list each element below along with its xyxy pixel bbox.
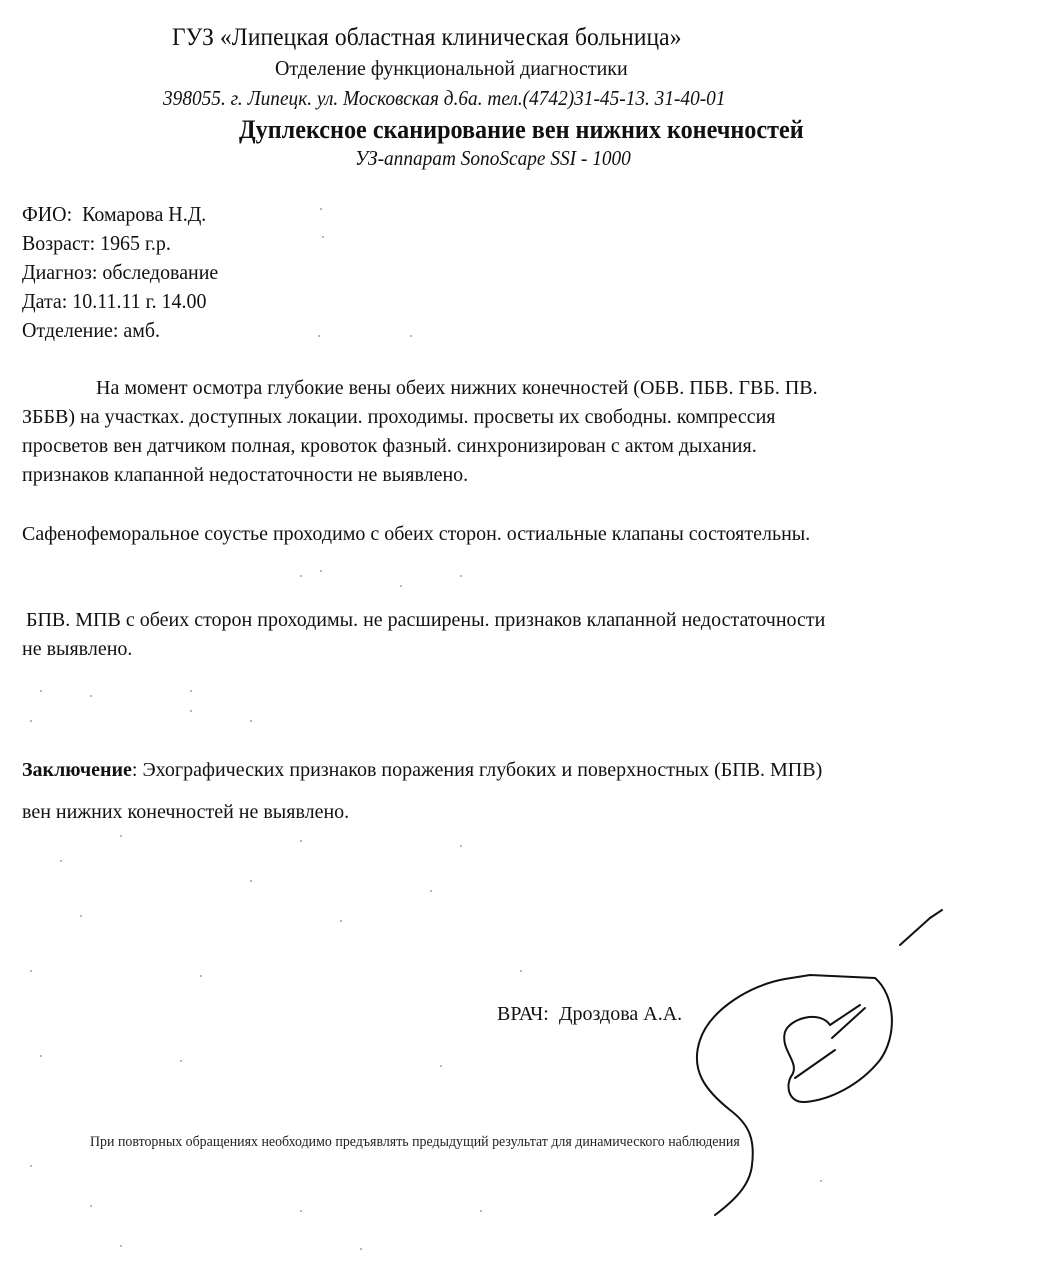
patient-name-value: Комарова Н.Д. xyxy=(82,202,206,226)
paragraph-line: На момент осмотра глубокие вены обеих ни… xyxy=(22,374,1032,403)
department-label: Отделение: xyxy=(22,318,118,342)
department-value: амб. xyxy=(123,318,160,342)
doctor-name: Дроздова А.А. xyxy=(559,1003,682,1025)
conclusion-label: Заключение xyxy=(22,759,132,781)
diagnosis-row: Диагноз: обследование xyxy=(22,258,218,287)
conclusion-line: Заключение: Эхографических признаков пор… xyxy=(22,749,822,791)
handwritten-signature-icon xyxy=(660,900,980,1220)
department-row: Отделение: амб. xyxy=(22,316,218,345)
conclusion-text: : Эхографических признаков поражения глу… xyxy=(132,759,822,781)
date-row: Дата: 10.11.11 г. 14.00 xyxy=(22,287,218,316)
patient-age-label: Возраст: xyxy=(22,231,95,255)
paragraph-line: не выявлено. xyxy=(22,635,1036,664)
patient-age-row: Возраст: 1965 г.р. xyxy=(22,229,218,258)
date-label: Дата: xyxy=(22,289,67,313)
superficial-veins-findings: БПВ. МПВ с обеих сторон проходимы. не ра… xyxy=(26,606,1036,664)
department-name: Отделение функциональной диагностики xyxy=(275,56,628,81)
patient-info: ФИО: Комарова Н.Д. Возраст: 1965 г.р. Ди… xyxy=(22,200,218,345)
footer-note: При повторных обращениях необходимо пред… xyxy=(90,1134,740,1151)
paragraph-line: признаков клапанной недостаточности не в… xyxy=(22,461,1032,490)
diagnosis-value: обследование xyxy=(102,260,218,284)
ultrasound-device: УЗ-аппарат SonoScape SSI - 1000 xyxy=(355,146,631,171)
conclusion: Заключение: Эхографических признаков пор… xyxy=(22,749,822,833)
address-line: 398055. г. Липецк. ул. Московская д.6а. … xyxy=(163,86,726,111)
saphenofemoral-findings: Сафенофеморальное соустье проходимо с об… xyxy=(22,520,1032,549)
deep-veins-findings: На момент осмотра глубокие вены обеих ни… xyxy=(22,374,1032,490)
patient-name-label: ФИО: xyxy=(22,202,72,226)
paragraph-line: БПВ. МПВ с обеих сторон проходимы. не ра… xyxy=(26,606,1036,635)
conclusion-line: вен нижних конечностей не выявлено. xyxy=(22,791,822,833)
patient-name-row: ФИО: Комарова Н.Д. xyxy=(22,200,218,229)
paragraph-line: просветов вен датчиком полная, кровоток … xyxy=(22,432,1032,461)
diagnosis-label: Диагноз: xyxy=(22,260,97,284)
patient-age-value: 1965 г.р. xyxy=(100,231,171,255)
organization-name: ГУЗ «Липецкая областная клиническая боль… xyxy=(172,24,682,52)
paragraph-line: ЗББВ) на участках. доступных локации. пр… xyxy=(22,403,1032,432)
paragraph-line: Сафенофеморальное соустье проходимо с об… xyxy=(22,520,1032,549)
date-value: 10.11.11 г. 14.00 xyxy=(72,289,206,313)
study-title: Дуплексное сканирование вен нижних конеч… xyxy=(239,115,804,145)
doctor-signature-line: ВРАЧ: Дроздова А.А. xyxy=(497,1003,682,1026)
doctor-label: ВРАЧ: xyxy=(497,1003,549,1025)
